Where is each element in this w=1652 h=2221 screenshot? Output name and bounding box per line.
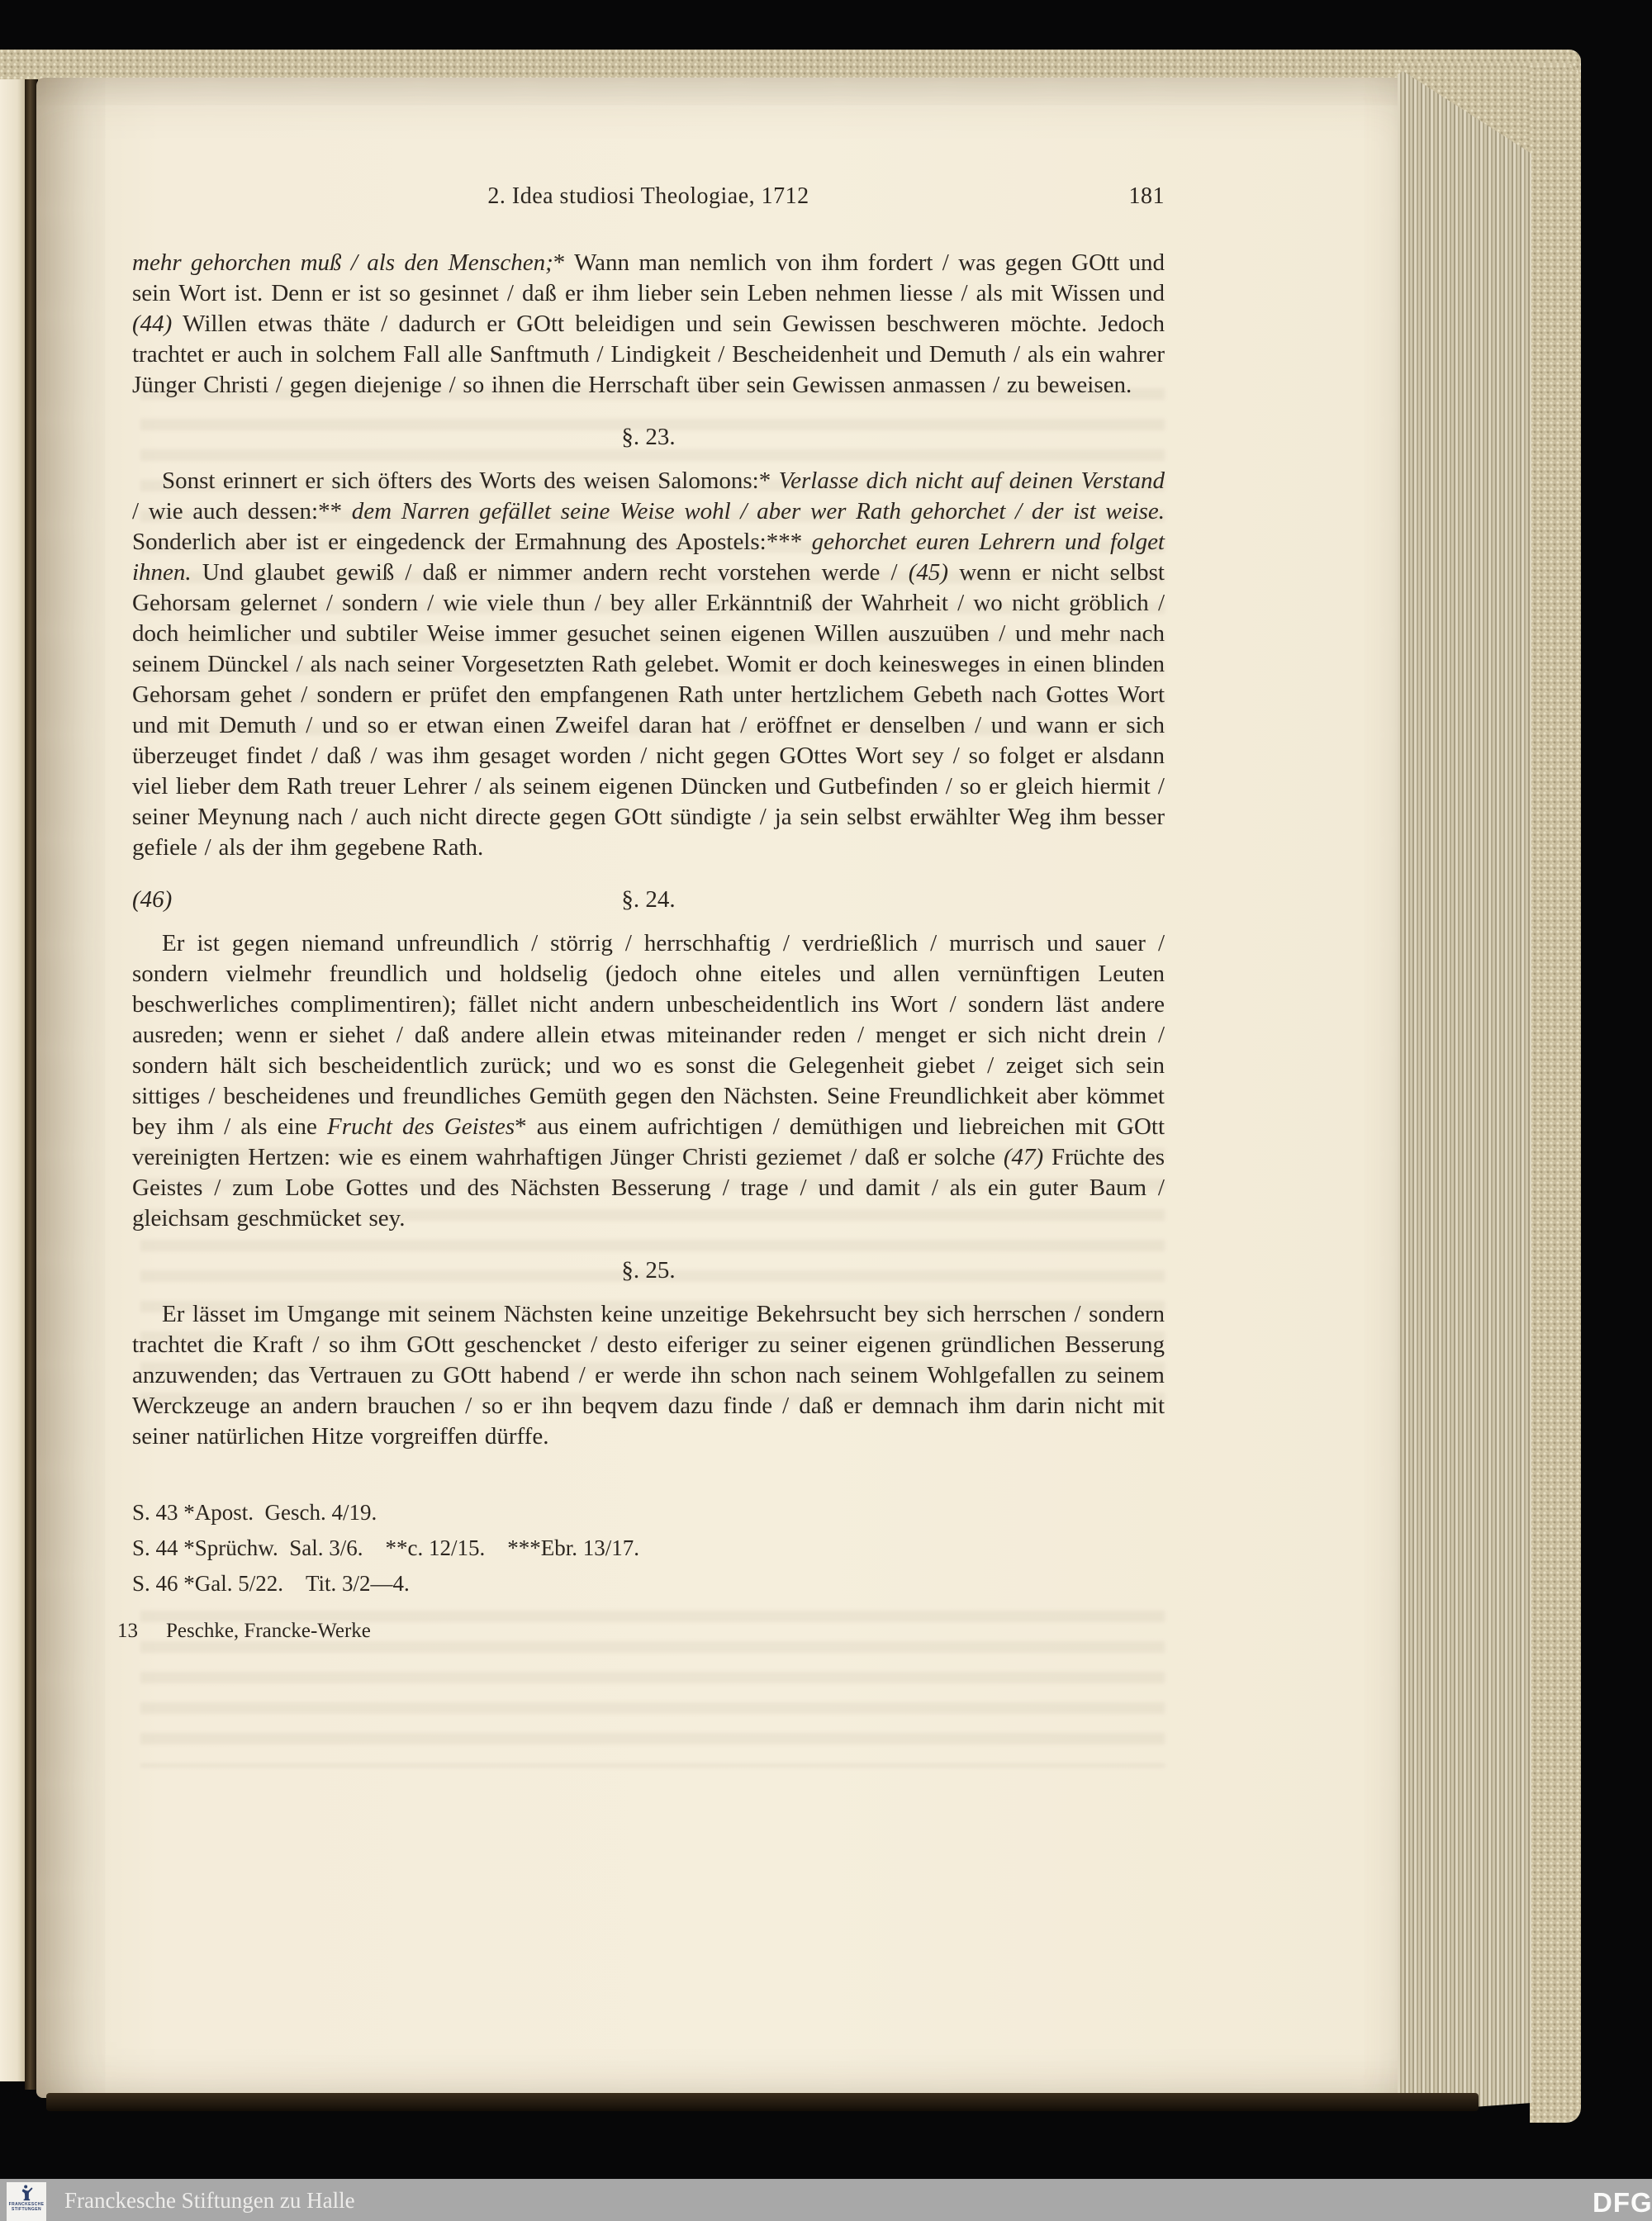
- signature-text: Peschke, Francke-Werke: [166, 1620, 371, 1642]
- signature-block: 13Peschke, Francke-Werke: [117, 1620, 1165, 1643]
- text-run: Sonderlich aber ist er eingedenck der Er…: [132, 529, 812, 555]
- section-heading-25: §. 25.: [132, 1255, 1165, 1286]
- franckesche-stiftungen-logo: FRANCKESCHE STIFTUNGEN: [7, 2182, 46, 2221]
- footnote-line-1: S. 43 *Apost. Gesch. 4/19.: [132, 1495, 1165, 1530]
- italic-run: (47): [1004, 1144, 1043, 1170]
- text-run: Und glaubet gewiß / daß er nimmer andern…: [192, 559, 909, 586]
- footnote-line-3: S. 46 *Gal. 5/22. Tit. 3/2—4.: [132, 1566, 1165, 1602]
- italic-run: dem Narren gefället seine Weise wohl / a…: [352, 498, 1165, 524]
- section-heading-23: §. 23.: [132, 422, 1165, 453]
- page-header: 2. Idea studiosi Theologiae, 1712 181: [132, 183, 1165, 215]
- fanned-page-edges: [1398, 71, 1531, 2111]
- footnotes-block: S. 43 *Apost. Gesch. 4/19.S. 44 *Sprüchw…: [132, 1495, 1165, 1602]
- scanned-book-photo: 2. Idea studiosi Theologiae, 1712 181 me…: [0, 0, 1652, 2221]
- text-run: Er ist gegen niemand unfreundlich / stör…: [132, 930, 1165, 1140]
- book-cover-right-edge: [1530, 64, 1581, 2123]
- signature-number: 13: [117, 1620, 138, 1642]
- text-run: / wie auch dessen:**: [132, 498, 352, 524]
- section-heading-24-text: §. 24.: [621, 886, 675, 913]
- dfg-logo: DFG: [1593, 2187, 1652, 2219]
- page-number: 181: [1129, 183, 1165, 210]
- text-column: 2. Idea studiosi Theologiae, 1712 181 me…: [132, 183, 1165, 1643]
- logo-text-line-2: STIFTUNGEN: [12, 2207, 41, 2212]
- italic-run: (45): [909, 559, 948, 586]
- franckesche-logo-icon: [18, 2184, 35, 2202]
- footnote-line-2: S. 44 *Sprüchw. Sal. 3/6. **c. 12/15. **…: [132, 1530, 1165, 1566]
- section-heading-23-text: §. 23.: [621, 424, 675, 450]
- italic-run: Frucht des Geistes: [327, 1113, 515, 1140]
- facing-page-sliver: [0, 79, 25, 2081]
- running-title: 2. Idea studiosi Theologiae, 1712: [132, 183, 1165, 210]
- book-bottom-shadow: [46, 2093, 1479, 2111]
- text-run: Willen etwas thäte / dadurch er GOtt bel…: [132, 311, 1165, 398]
- italic-run: Verlasse dich nicht auf deinen Verstand: [779, 467, 1165, 494]
- paragraph-24: Er ist gegen niemand unfreundlich / stör…: [132, 928, 1165, 1234]
- text-run: Er lässet im Umgange mit seinem Nächsten…: [132, 1301, 1165, 1450]
- section-heading-24-margin-label: (46): [132, 885, 172, 915]
- text-column-blocks: mehr gehorchen muß / als den Menschen;* …: [132, 248, 1165, 1643]
- section-heading-24: (46)§. 24.: [132, 885, 1165, 915]
- text-run: wenn er nicht selbst Gehorsam gelernet /…: [132, 559, 1165, 861]
- text-run: Sonst erinnert er sich öfters des Worts …: [162, 467, 779, 494]
- italic-run: (44): [132, 311, 172, 337]
- italic-run: mehr gehorchen muß / als den Menschen;: [132, 249, 553, 276]
- paragraph-23: Sonst erinnert er sich öfters des Worts …: [132, 466, 1165, 863]
- institution-label: Franckesche Stiftungen zu Halle: [64, 2188, 355, 2214]
- section-heading-25-text: §. 25.: [621, 1257, 675, 1284]
- paragraph-continuation: mehr gehorchen muß / als den Menschen;* …: [132, 248, 1165, 401]
- paragraph-25: Er lässet im Umgange mit seinem Nächsten…: [132, 1299, 1165, 1452]
